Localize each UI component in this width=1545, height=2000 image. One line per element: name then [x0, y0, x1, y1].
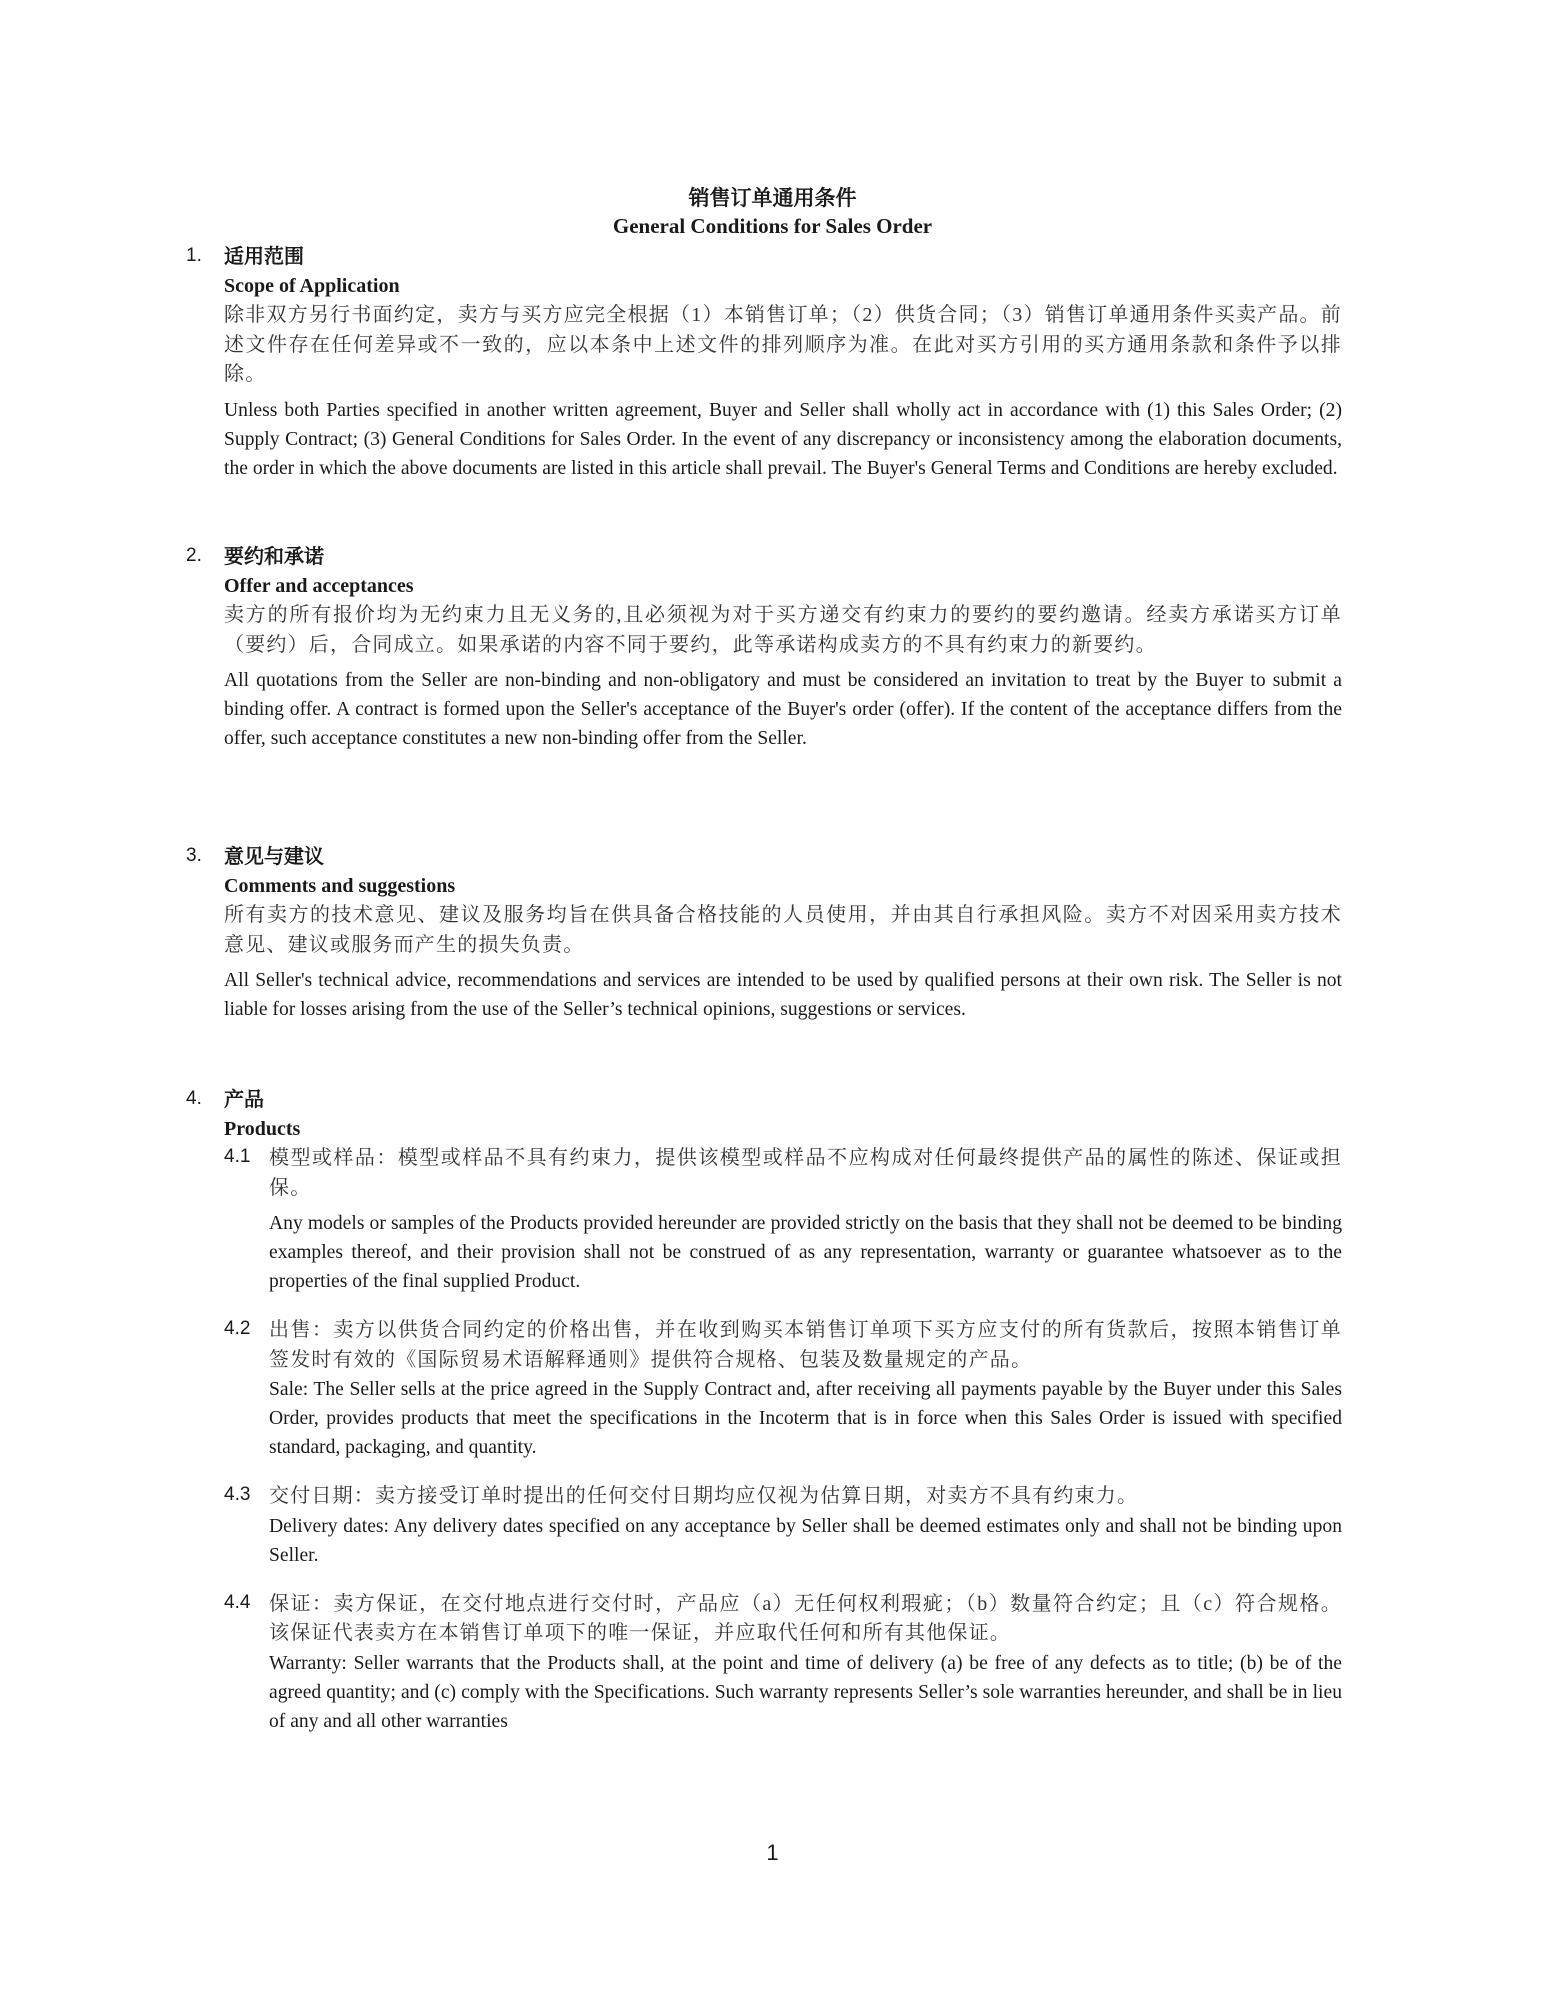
document-page: 销售订单通用条件 General Conditions for Sales Or… — [0, 0, 1545, 2000]
section-text-cn: 除非双方另行书面约定，卖方与买方应完全根据（1）本销售订单；（2）供货合同；（3… — [224, 301, 1342, 390]
subsection-4-3: 4.3 交付日期：卖方接受订单时提出的任何交付日期均应仅视为估算日期，对卖方不具… — [224, 1482, 1342, 1570]
section-text-cn: 卖方的所有报价均为无约束力且无义务的,且必须视为对于买方递交有约束力的要约的要约… — [224, 601, 1342, 660]
section-heading-cn: 适用范围 — [224, 242, 1342, 272]
section-2: 2. 要约和承诺 Offer and acceptances 卖方的所有报价均为… — [186, 542, 1342, 753]
section-heading-en: Comments and suggestions — [224, 872, 1342, 901]
section-heading-en: Offer and acceptances — [224, 572, 1342, 601]
section-heading-cn: 要约和承诺 — [224, 542, 1342, 572]
subsection-4-1: 4.1 模型或样品：模型或样品不具有约束力，提供该模型或样品不应构成对任何最终提… — [224, 1144, 1342, 1296]
document-title-cn: 销售订单通用条件 — [0, 182, 1545, 212]
document-title-en: General Conditions for Sales Order — [0, 214, 1545, 239]
section-text-en: All quotations from the Seller are non-b… — [224, 666, 1342, 753]
section-4: 4. 产品 Products 4.1 模型或样品：模型或样品不具有约束力，提供该… — [186, 1085, 1342, 1736]
section-number: 1. — [186, 245, 202, 267]
section-number: 4. — [186, 1088, 202, 1110]
section-heading-en: Products — [224, 1115, 1342, 1144]
subsection-number: 4.4 — [224, 1592, 250, 1614]
section-heading-cn: 意见与建议 — [224, 842, 1342, 872]
subsection-number: 4.3 — [224, 1484, 250, 1506]
subsection-text-cn: 模型或样品：模型或样品不具有约束力，提供该模型或样品不应构成对任何最终提供产品的… — [269, 1144, 1342, 1203]
subsection-text-en: Any models or samples of the Products pr… — [269, 1209, 1342, 1296]
section-number: 3. — [186, 845, 202, 867]
subsection-number: 4.2 — [224, 1318, 250, 1340]
section-heading-en: Scope of Application — [224, 272, 1342, 301]
subsection-number: 4.1 — [224, 1146, 250, 1168]
subsection-text-en: Sale: The Seller sells at the price agre… — [269, 1375, 1342, 1462]
section-text-en: All Seller's technical advice, recommend… — [224, 966, 1342, 1024]
subsection-text-cn: 出售：卖方以供货合同约定的价格出售，并在收到购买本销售订单项下买方应支付的所有货… — [269, 1316, 1342, 1375]
subsection-text-en: Delivery dates: Any delivery dates speci… — [269, 1512, 1342, 1570]
subsection-4-4: 4.4 保证：卖方保证，在交付地点进行交付时，产品应（a）无任何权利瑕疵；（b）… — [224, 1590, 1342, 1736]
section-3: 3. 意见与建议 Comments and suggestions 所有卖方的技… — [186, 842, 1342, 1024]
subsection-text-cn: 保证：卖方保证，在交付地点进行交付时，产品应（a）无任何权利瑕疵；（b）数量符合… — [269, 1590, 1342, 1649]
section-1: 1. 适用范围 Scope of Application 除非双方另行书面约定，… — [186, 242, 1342, 483]
subsection-text-cn: 交付日期：卖方接受订单时提出的任何交付日期均应仅视为估算日期，对卖方不具有约束力… — [269, 1482, 1342, 1512]
section-number: 2. — [186, 545, 202, 567]
subsection-4-2: 4.2 出售：卖方以供货合同约定的价格出售，并在收到购买本销售订单项下买方应支付… — [224, 1316, 1342, 1462]
section-text-cn: 所有卖方的技术意见、建议及服务均旨在供具备合格技能的人员使用，并由其自行承担风险… — [224, 901, 1342, 960]
section-text-en: Unless both Parties specified in another… — [224, 396, 1342, 483]
subsection-text-en: Warranty: Seller warrants that the Produ… — [269, 1649, 1342, 1736]
page-number: 1 — [0, 1840, 1545, 1866]
section-heading-cn: 产品 — [224, 1085, 1342, 1115]
